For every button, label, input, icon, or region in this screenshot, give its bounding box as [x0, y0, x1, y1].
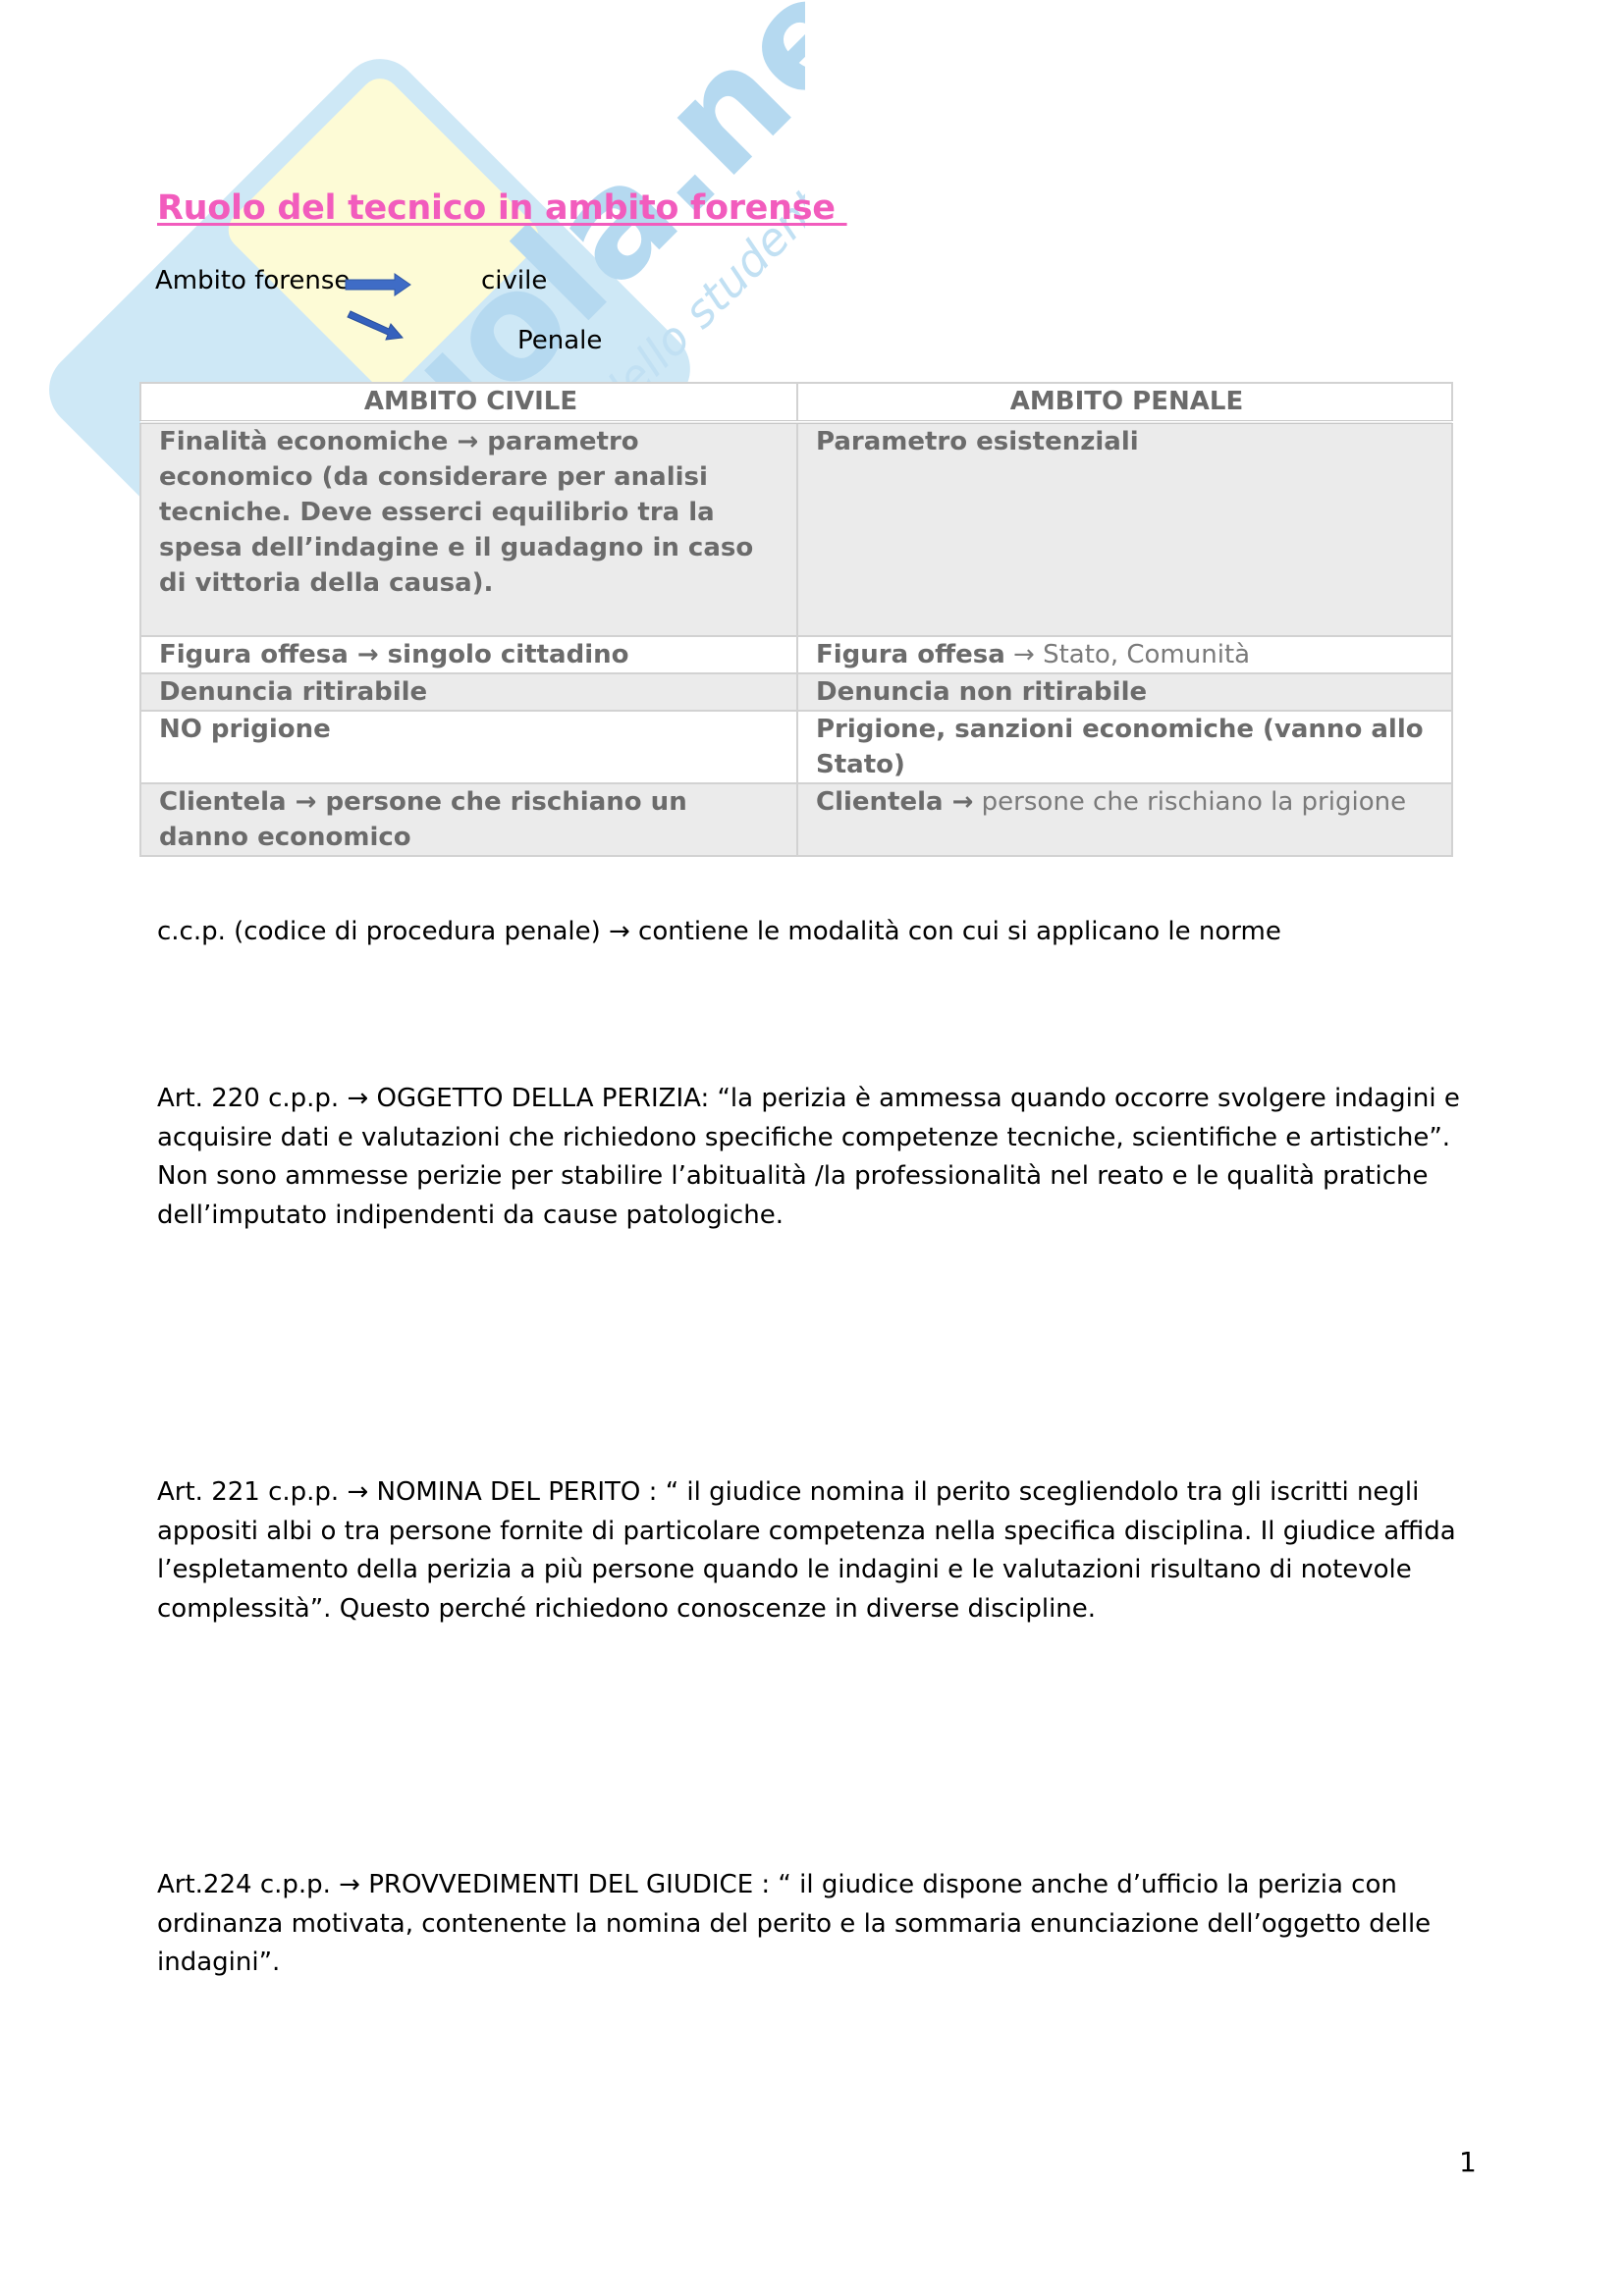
table-row: Figura offesa → singolo cittadinoFigura … [140, 636, 1452, 673]
cell-bold-text: Clientela → [816, 787, 973, 817]
arrow-down-right-icon [348, 311, 403, 340]
cell-bold-text: Clientela → persone che rischiano un dan… [159, 787, 687, 852]
table-header-civile: AMBITO CIVILE [140, 383, 797, 422]
table-row: Denuncia ritirabileDenuncia non ritirabi… [140, 673, 1452, 711]
table-cell-penale: Clientela → persone che rischiano la pri… [797, 783, 1452, 856]
table-header-penale: AMBITO PENALE [797, 383, 1452, 422]
cell-bold-text: Figura offesa → singolo cittadino [159, 640, 629, 669]
table-cell-civile: Finalità economiche → parametro economic… [140, 422, 797, 636]
table-cell-penale: Denuncia non ritirabile [797, 673, 1452, 711]
cell-bold-text: Denuncia non ritirabile [816, 677, 1147, 707]
diagram-branch-civile: civile [481, 268, 547, 294]
paragraph-ccp: c.c.p. (codice di procedura penale) → co… [157, 913, 1492, 952]
table-row: Finalità economiche → parametro economic… [140, 422, 1452, 636]
cell-bold-text: Parametro esistenziali [816, 427, 1139, 456]
table-cell-penale: Parametro esistenziali [797, 422, 1452, 636]
arrow-right-icon [346, 274, 410, 295]
document-page: Ruolo del tecnico in ambito forense Ambi… [0, 0, 1623, 2296]
cell-bold-text: NO prigione [159, 715, 331, 744]
table-cell-civile: Denuncia ritirabile [140, 673, 797, 711]
diagram-source-label: Ambito forense [155, 268, 350, 294]
comparison-table: AMBITO CIVILE AMBITO PENALE Finalità eco… [139, 382, 1453, 857]
table-cell-civile: Clientela → persone che rischiano un dan… [140, 783, 797, 856]
table-cell-civile: Figura offesa → singolo cittadino [140, 636, 797, 673]
cell-bold-text: Figura offesa [816, 640, 1005, 669]
cell-normal-text: persone che rischiano la prigione [973, 787, 1406, 817]
cell-normal-text: → Stato, Comunità [1005, 640, 1250, 669]
table-row: Clientela → persone che rischiano un dan… [140, 783, 1452, 856]
page-number: 1 [1459, 2146, 1477, 2178]
paragraph-art-224: Art.224 c.p.p. → PROVVEDIMENTI DEL GIUDI… [157, 1866, 1492, 1983]
table-cell-penale: Prigione, sanzioni economiche (vanno all… [797, 711, 1452, 783]
cell-bold-text: Finalità economiche → parametro economic… [159, 427, 753, 598]
cell-bold-text: Prigione, sanzioni economiche (vanno all… [816, 715, 1424, 779]
table-cell-penale: Figura offesa → Stato, Comunità [797, 636, 1452, 673]
table-row: NO prigionePrigione, sanzioni economiche… [140, 711, 1452, 783]
diagram-branch-penale: Penale [517, 328, 602, 353]
paragraph-art-221: Art. 221 c.p.p. → NOMINA DEL PERITO : “ … [157, 1473, 1492, 1629]
diagram-arrows [334, 265, 432, 353]
paragraph-art-220: Art. 220 c.p.p. → OGGETTO DELLA PERIZIA:… [157, 1080, 1492, 1235]
table-cell-civile: NO prigione [140, 711, 797, 783]
cell-bold-text: Denuncia ritirabile [159, 677, 427, 707]
page-title: Ruolo del tecnico in ambito forense [157, 188, 847, 228]
